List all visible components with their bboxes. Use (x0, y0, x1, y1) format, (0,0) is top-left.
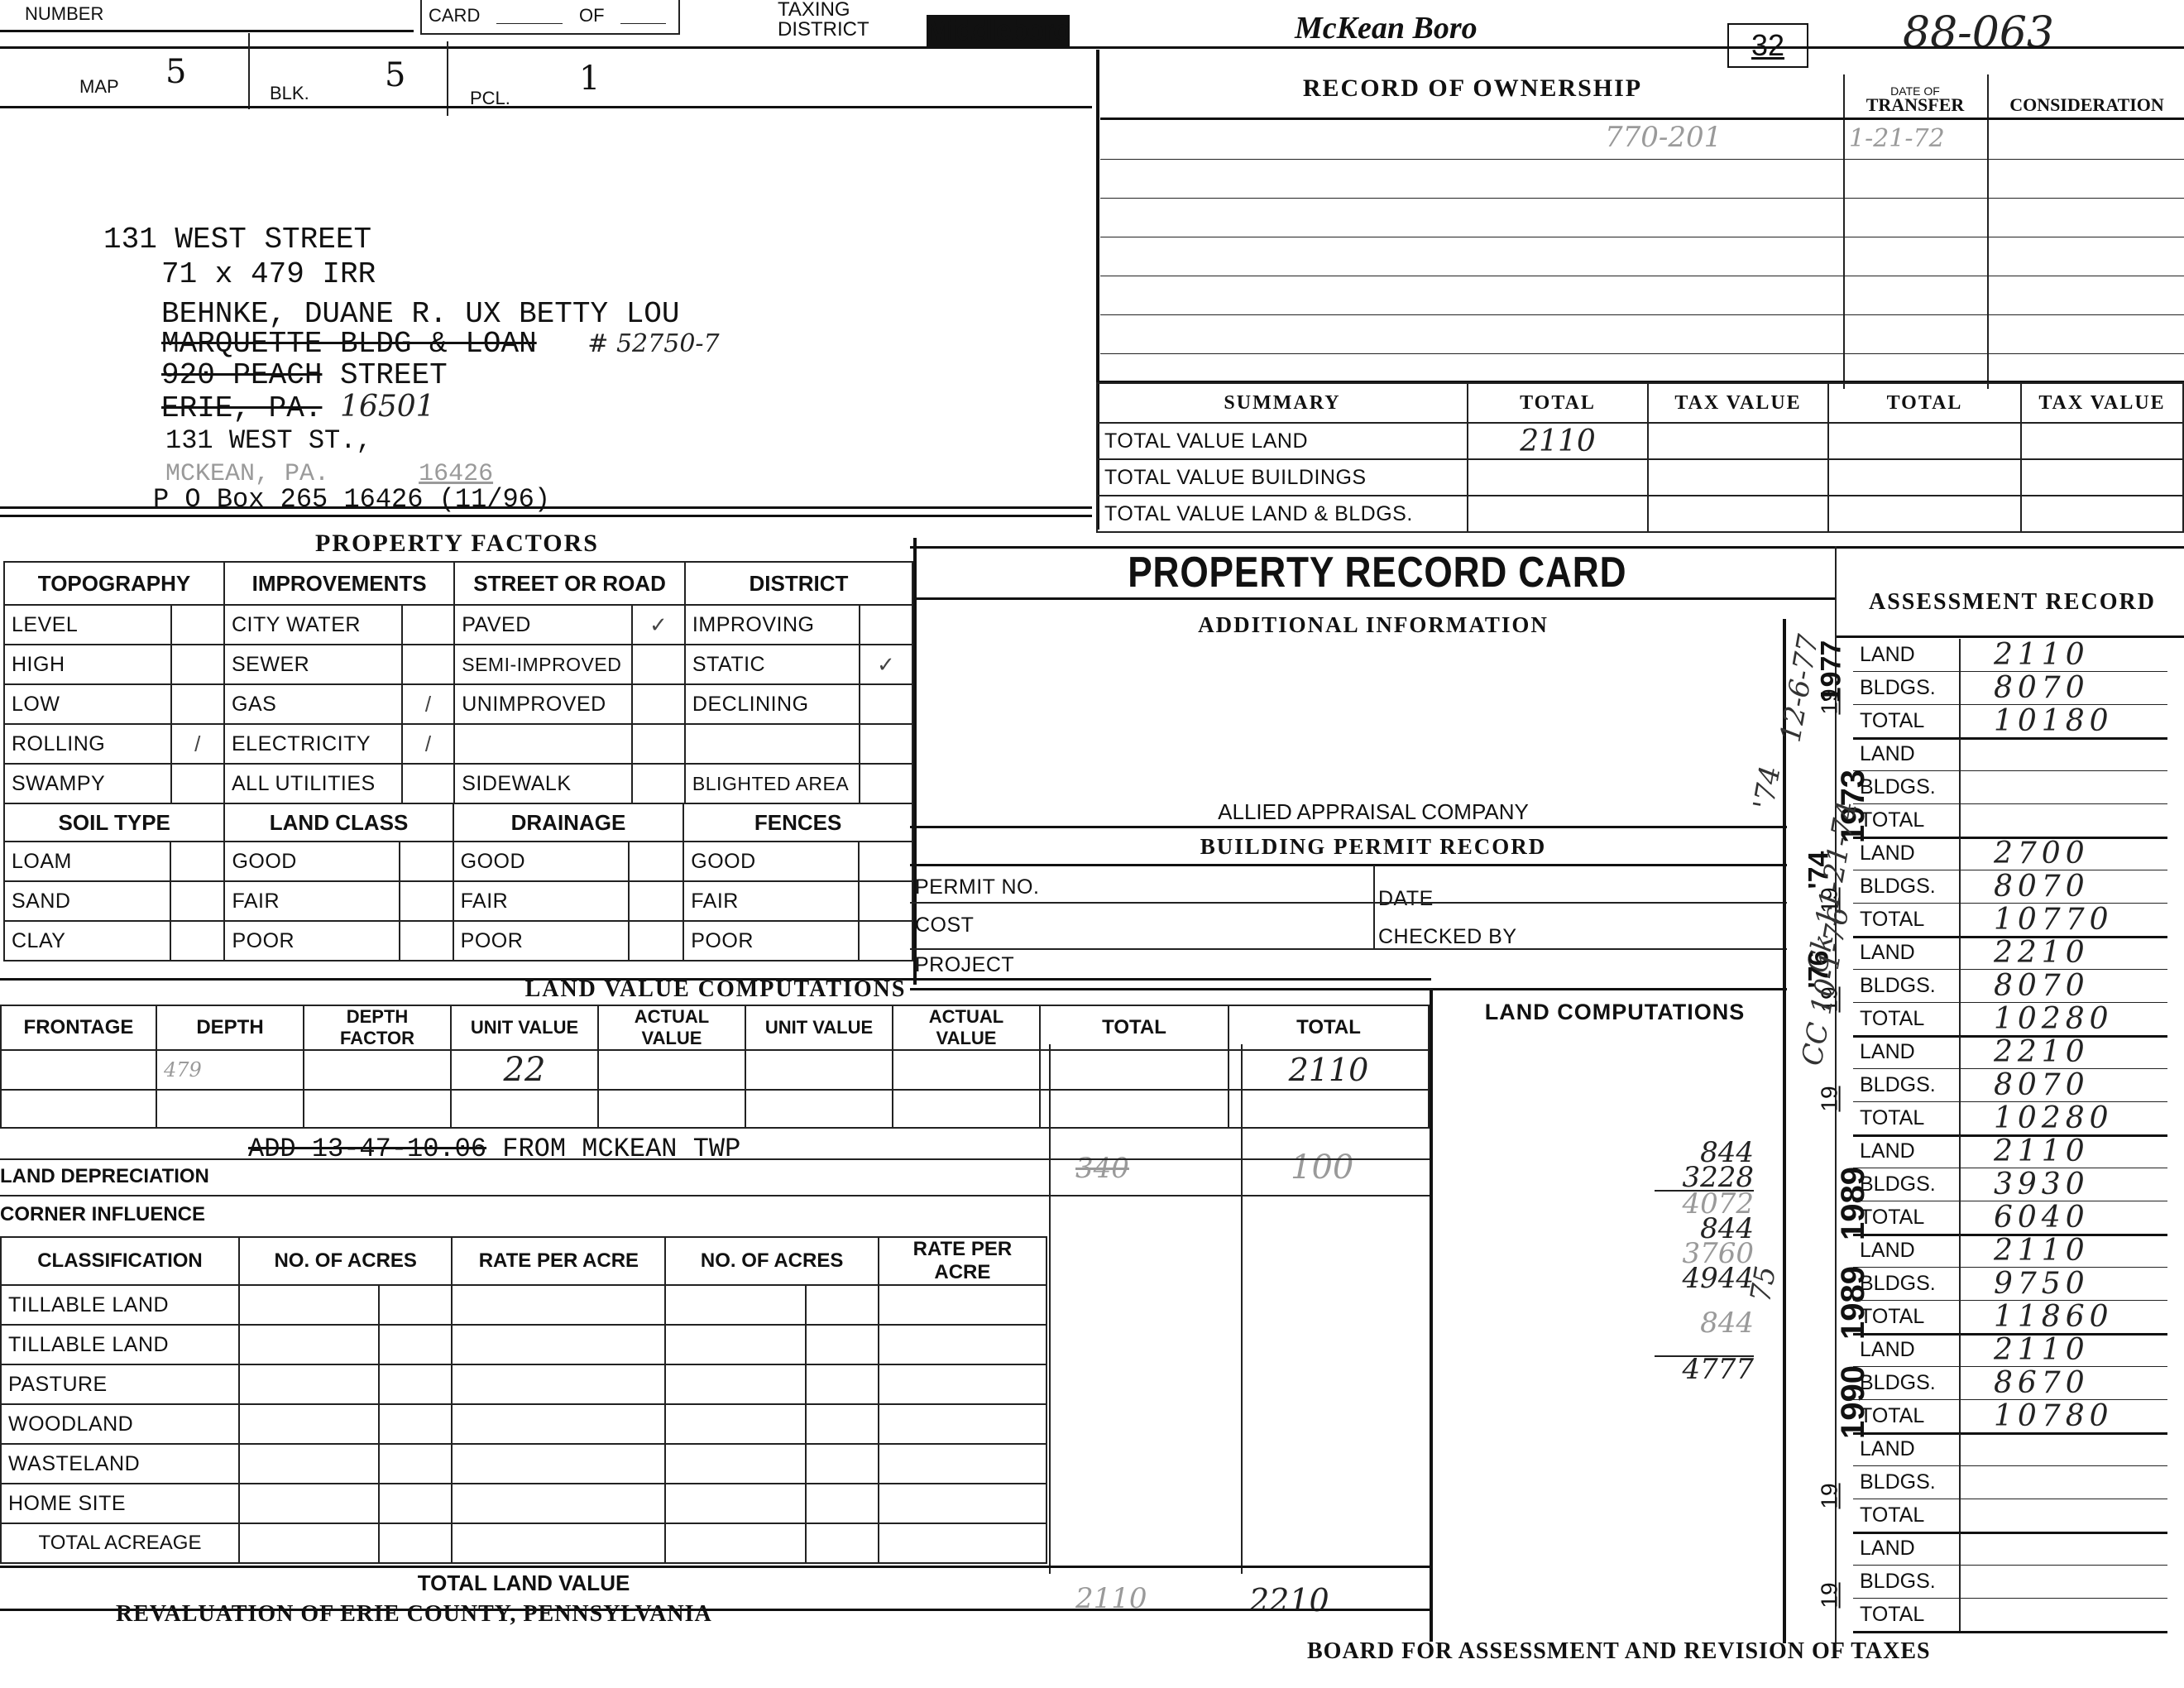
mortgagee-account: # 52750-7 (587, 329, 719, 358)
assessment-label: LAND (1853, 1235, 1961, 1267)
ownership-row[interactable] (1100, 354, 2184, 381)
ownership-row[interactable] (1100, 237, 2184, 276)
checkbox-low[interactable] (171, 684, 224, 724)
assessment-row-total: TOTAL (1853, 804, 2167, 839)
assessment-value-bldgs[interactable] (1961, 1566, 2167, 1598)
assessment-value-total[interactable] (1961, 1499, 2167, 1532)
assessment-value-total[interactable]: 10280 (1961, 1102, 2167, 1134)
assessment-row-bldgs: BLDGS. (1853, 771, 2167, 804)
assessment-label: BLDGS. (1853, 870, 1961, 903)
blk-label: BLK. (270, 83, 309, 104)
ownership-row[interactable] (1100, 315, 2184, 354)
assessment-row-bldgs: BLDGS.3930 (1853, 1168, 2167, 1201)
assessment-label: BLDGS. (1853, 1566, 1961, 1598)
assessment-row-total: TOTAL10280 (1853, 1102, 2167, 1137)
note-total-struck: 340 (1075, 1152, 1129, 1185)
checkbox-semi-improved[interactable] (632, 645, 685, 684)
assessment-value-total[interactable] (1961, 1599, 2167, 1631)
assessment-label: BLDGS. (1853, 771, 1961, 803)
assessment-value-total[interactable]: 6040 (1961, 1201, 2167, 1234)
assessment-value-total[interactable]: 10280 (1961, 1003, 2167, 1035)
assessment-value-total[interactable]: 10780 (1961, 1400, 2167, 1432)
assessment-label: LAND (1853, 639, 1961, 671)
assessment-row-total: TOTAL6040 (1853, 1201, 2167, 1236)
assessment-row-bldgs: BLDGS.8070 (1853, 970, 2167, 1003)
assessment-value-land[interactable]: 2110 (1961, 639, 2167, 671)
classification-row: PASTURE (1, 1364, 1046, 1404)
assessment-value-land[interactable]: 2210 (1961, 937, 2167, 969)
assessment-value-bldgs[interactable] (1961, 771, 2167, 803)
assessment-value-land[interactable]: 2210 (1961, 1036, 2167, 1068)
assessment-row-land: LAND2110 (1853, 1135, 2167, 1168)
property-factors-title: PROPERTY FACTORS (0, 530, 914, 558)
ownership-title: RECORD OF OWNERSHIP (1100, 74, 1845, 103)
assessment-row-total: TOTAL10780 (1853, 1400, 2167, 1435)
assessment-label: LAND (1853, 1036, 1961, 1068)
footer-right: BOARD FOR ASSESSMENT AND REVISION OF TAX… (1307, 1638, 1931, 1665)
classification-row: WOODLAND (1, 1404, 1046, 1444)
assessment-label: TOTAL (1853, 904, 1961, 936)
assessment-label: TOTAL (1853, 1201, 1961, 1234)
assessment-row-total: TOTAL (1853, 1499, 2167, 1534)
file-number: 88-063 (1903, 8, 2054, 58)
checkbox-drainage-fair[interactable] (629, 881, 683, 921)
total-land-value-2[interactable]: 2210 (1249, 1582, 1329, 1618)
property-record-card-title: PROPERTY RECORD CARD (918, 548, 1837, 597)
summary-table: SUMMARY TOTAL TAX VALUE TOTAL TAX VALUE … (1096, 382, 2184, 533)
classification-row: TILLABLE LAND (1, 1285, 1046, 1325)
assessment-value-land[interactable]: 2110 (1961, 1235, 2167, 1267)
checkbox-high[interactable] (171, 645, 224, 684)
checkbox-blighted-area[interactable] (860, 764, 912, 803)
total-acreage-row: TOTAL ACREAGE (1, 1523, 1046, 1563)
ownership-row[interactable]: 770-201 1-21-72 (1100, 121, 2184, 160)
summary-land-total[interactable]: 2110 (1468, 423, 1648, 459)
assessment-value-land[interactable] (1961, 738, 2167, 770)
assessment-label: LAND (1853, 1334, 1961, 1366)
assessment-label: LAND (1853, 738, 1961, 770)
assessment-row-bldgs: BLDGS. (1853, 1466, 2167, 1499)
land-value-table: FRONTAGE DEPTH DEPTH FACTOR UNIT VALUE A… (0, 1005, 1430, 1129)
mailing-line-1: 131 WEST ST., (165, 426, 372, 456)
checkbox-sewer[interactable] (402, 645, 455, 684)
summary-header: SUMMARY (1097, 383, 1468, 423)
transfer-label: TRANSFER (1845, 94, 1985, 116)
assessment-value-bldgs[interactable]: 8670 (1961, 1367, 2167, 1399)
checkbox-electricity[interactable]: / (402, 724, 455, 764)
land-computation-notes: 844 3228 4072 844 3760 4944 844 4777 (1655, 1140, 1754, 1382)
checkbox-land-good[interactable] (400, 842, 453, 881)
classification-table: CLASSIFICATION NO. OF ACRES RATE PER ACR… (0, 1236, 1047, 1564)
assessment-value-land[interactable]: 2110 (1961, 1135, 2167, 1168)
checkbox-loam[interactable] (170, 842, 224, 881)
assessment-value-bldgs[interactable]: 8070 (1961, 970, 2167, 1002)
assessment-value-land[interactable] (1961, 1433, 2167, 1465)
map-value[interactable]: 5 (165, 53, 186, 91)
owner-name: BEHNKE, DUANE R. UX BETTY LOU (161, 300, 680, 329)
checkbox-clay[interactable] (170, 921, 224, 961)
checkbox-drainage-good[interactable] (629, 842, 683, 881)
mortgagee-street-line: 920 PEACH STREET (161, 361, 448, 391)
assessment-label: BLDGS. (1853, 672, 1961, 704)
assessment-value-bldgs[interactable]: 9750 (1961, 1268, 2167, 1300)
checkbox-static[interactable]: ✓ (860, 645, 912, 684)
checkbox-drainage-poor[interactable] (629, 921, 683, 961)
project-label: PROJECT (915, 953, 1014, 977)
appraiser-name: ALLIED APPRAISAL COMPANY (918, 799, 1828, 825)
permit-no-label: PERMIT NO. (915, 875, 1039, 899)
card-of-label: OF (579, 5, 605, 26)
note-total-2: 100 (1291, 1149, 1353, 1187)
land-value-row: 479 22 2110 (1, 1050, 1429, 1090)
assessment-row-total: TOTAL11860 (1853, 1301, 2167, 1336)
assessment-value-bldgs[interactable]: 3930 (1961, 1168, 2167, 1201)
assessment-label: LAND (1853, 837, 1961, 870)
assessment-value-total[interactable]: 11860 (1961, 1301, 2167, 1333)
card-label: CARD (429, 5, 480, 26)
assessment-label: TOTAL (1853, 1003, 1961, 1035)
classification-row: WASTELAND (1, 1444, 1046, 1484)
taxing-district-value: McKean Boro (1295, 10, 1478, 46)
consideration-label: CONSIDERATION (1990, 94, 2184, 116)
assessment-label: BLDGS. (1853, 1268, 1961, 1300)
additional-info-area[interactable] (922, 641, 1783, 790)
assessment-label: TOTAL (1853, 804, 1961, 837)
classification-row: HOME SITE (1, 1484, 1046, 1523)
checkbox-land-poor[interactable] (400, 921, 453, 961)
checkbox-fences-fair[interactable] (859, 881, 912, 921)
checkbox-paved[interactable]: ✓ (632, 605, 685, 645)
summary-row-buildings: TOTAL VALUE BUILDINGS (1097, 459, 2183, 496)
district-code-box: 32 (1727, 23, 1808, 68)
mailing-line-3: P O Box 265 16426 (11/96) (153, 485, 550, 515)
assessment-value-total[interactable]: 10770 (1961, 904, 2167, 936)
land-value-title: LAND VALUE COMPUTATIONS (0, 976, 1431, 1003)
assessment-row-land: LAND2700 (1853, 837, 2167, 870)
taxing-district-label: TAXING DISTRICT (778, 0, 885, 40)
assessment-value-bldgs[interactable] (1961, 1466, 2167, 1499)
assessment-row-total: TOTAL10180 (1853, 705, 2167, 740)
assessment-side-note: 75 (1744, 1264, 1783, 1305)
mortgagee-line: MARQUETTE BLDG & LOAN # 52750-7 (161, 329, 720, 359)
unit-value[interactable]: 22 (451, 1050, 598, 1090)
property-address: 131 WEST STREET (103, 225, 371, 255)
assessment-row-land: LAND (1853, 738, 2167, 771)
footer-left: REVALUATION OF ERIE COUNTY, PENNSYLVANIA (116, 1601, 712, 1628)
permit-cost-label: COST (915, 914, 974, 938)
assessment-value-bldgs[interactable]: 8070 (1961, 1069, 2167, 1101)
checkbox-sidewalk[interactable] (632, 764, 685, 803)
ownership-row[interactable] (1100, 199, 2184, 237)
assessment-label: LAND (1853, 1433, 1961, 1465)
ownership-row[interactable] (1100, 160, 2184, 199)
checkbox-all-utilities[interactable] (402, 764, 455, 803)
assessment-row-bldgs: BLDGS. (1853, 1566, 2167, 1599)
checkbox-fences-poor[interactable] (859, 921, 912, 961)
assessment-value-bldgs[interactable]: 8070 (1961, 672, 2167, 704)
blk-value[interactable]: 5 (385, 56, 405, 94)
assessment-row-land: LAND2110 (1853, 1334, 2167, 1367)
checkbox-sand[interactable] (170, 881, 224, 921)
mortgagee-name: MARQUETTE BLDG & LOAN (161, 327, 537, 361)
checkbox-declining[interactable] (860, 684, 912, 724)
lot-dimensions: 71 x 479 IRR (161, 260, 376, 290)
assessment-row-land: LAND2110 (1853, 1235, 2167, 1268)
assessment-value-bldgs[interactable]: 8070 (1961, 870, 2167, 903)
checked-by-label: CHECKED BY (1378, 925, 1517, 949)
checkbox-gas[interactable]: / (402, 684, 455, 724)
assessment-year: 19 (1817, 1483, 1843, 1508)
checkbox-improving[interactable] (860, 605, 912, 645)
checkbox-rolling[interactable]: / (171, 724, 224, 764)
assessment-value-total[interactable]: 10180 (1961, 705, 2167, 737)
assessment-label: BLDGS. (1853, 1367, 1961, 1399)
permit-date-label: DATE (1378, 887, 1434, 911)
assessment-label: LAND (1853, 937, 1961, 969)
property-factors-top: TOPOGRAPHY IMPROVEMENTS STREET OR ROAD D… (3, 561, 913, 804)
assessment-row-bldgs: BLDGS.8070 (1853, 1069, 2167, 1102)
assessment-label: LAND (1853, 1532, 1961, 1565)
assessment-label: BLDGS. (1853, 1466, 1961, 1499)
pcl-value[interactable]: 1 (579, 60, 600, 98)
building-permit-title: BUILDING PERMIT RECORD (918, 834, 1828, 860)
assessment-label: TOTAL (1853, 705, 1961, 737)
district-code: 32 (1751, 28, 1784, 62)
summary-row-land: TOTAL VALUE LAND 2110 (1097, 423, 2183, 459)
assessment-row-total: TOTAL10280 (1853, 1003, 2167, 1038)
number-label: NUMBER (25, 3, 103, 25)
assessment-row-land: LAND2210 (1853, 1036, 2167, 1069)
checkbox-unimproved[interactable] (632, 684, 685, 724)
land-depreciation-label: LAND DEPRECIATION (0, 1165, 209, 1188)
assessment-row-bldgs: BLDGS.8670 (1853, 1367, 2167, 1400)
house-number: 131 (103, 223, 157, 257)
street-name: WEST STREET (175, 223, 371, 257)
assessment-value-land[interactable] (1961, 1532, 2167, 1565)
checkbox-level[interactable] (171, 605, 224, 645)
land-computations-title: LAND COMPUTATIONS (1433, 1000, 1797, 1025)
land-total[interactable]: 2110 (1228, 1050, 1429, 1090)
assessment-label: TOTAL (1853, 1499, 1961, 1532)
assessment-row-total: TOTAL (1853, 1599, 2167, 1633)
assessment-row-bldgs: BLDGS.9750 (1853, 1268, 2167, 1301)
assessment-value-land[interactable]: 2110 (1961, 1334, 2167, 1366)
checkbox-land-fair[interactable] (400, 881, 453, 921)
taxing-district-struck: Middleboro (927, 15, 1070, 47)
corner-influence-label: CORNER INFLUENCE (0, 1203, 205, 1226)
assessment-year: 19 (1817, 1086, 1843, 1111)
classification-row: TILLABLE LAND (1, 1325, 1046, 1364)
assessment-row-land: LAND2110 (1853, 639, 2167, 672)
map-label: MAP (79, 76, 119, 98)
assessment-row-bldgs: BLDGS.8070 (1853, 672, 2167, 705)
mortgagee-city-line: ERIE, PA. 16501 (161, 392, 435, 424)
checkbox-swampy[interactable] (171, 764, 224, 803)
assessment-label: LAND (1853, 1135, 1961, 1168)
assessment-label: BLDGS. (1853, 1168, 1961, 1201)
assessment-row-land: LAND (1853, 1433, 2167, 1466)
assessment-row-bldgs: BLDGS.8070 (1853, 870, 2167, 904)
property-factors-bottom: SOIL TYPE LAND CLASS DRAINAGE FENCES LOA… (3, 803, 913, 961)
additional-info-label: ADDITIONAL INFORMATION (918, 612, 1828, 638)
assessment-label: TOTAL (1853, 1102, 1961, 1134)
assessment-row-total: TOTAL10770 (1853, 904, 2167, 938)
assessment-row-land: LAND (1853, 1532, 2167, 1566)
assessment-title: ASSESSMENT RECORD (1841, 589, 2184, 616)
checkbox-city-water[interactable] (402, 605, 455, 645)
assessment-value-total[interactable] (1961, 804, 2167, 837)
assessment-label: TOTAL (1853, 1599, 1961, 1631)
ownership-row[interactable] (1100, 276, 2184, 315)
checkbox-fences-good[interactable] (859, 842, 912, 881)
assessment-label: BLDGS. (1853, 1069, 1961, 1101)
assessment-label: TOTAL (1853, 1400, 1961, 1432)
total-land-value-label: TOTAL LAND VALUE (0, 1571, 1047, 1596)
card-of-box: CARD OF (420, 0, 680, 35)
summary-row-land-bldgs: TOTAL VALUE LAND & BLDGS. (1097, 496, 2183, 532)
assessment-year: 19 (1817, 1582, 1843, 1608)
assessment-label: BLDGS. (1853, 970, 1961, 1002)
assessment-value-land[interactable]: 2700 (1961, 837, 2167, 870)
assessment-row-land: LAND2210 (1853, 937, 2167, 970)
assessment-label: TOTAL (1853, 1301, 1961, 1333)
